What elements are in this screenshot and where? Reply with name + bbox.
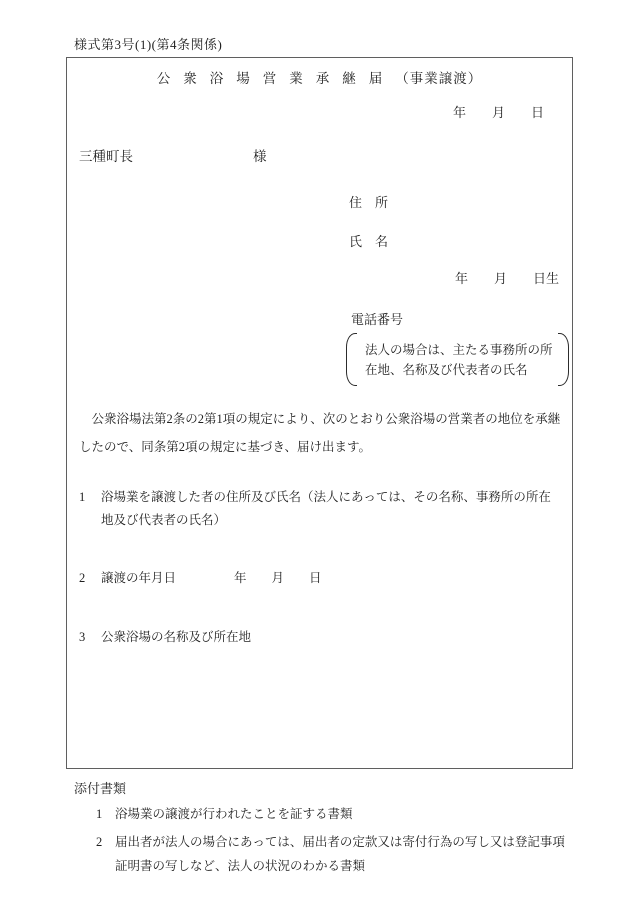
phone-field-label: 電話番号 [351, 309, 403, 328]
item-text: 届出者が法人の場合にあっては、届出者の定款又は寄付行為の写し又は登記事項証明書の… [115, 830, 577, 878]
item-number: 3 [79, 626, 101, 649]
name-field-label: 氏 名 [349, 231, 388, 250]
submission-date-field: 年 月 日 [453, 102, 544, 121]
body-paragraph: 公衆浴場法第2条の2第1項の規定により、次のとおり公衆浴場の営業者の地位を承継し… [79, 405, 570, 461]
attachments-heading: 添付書類 [74, 778, 126, 797]
item-text: 浴場業の譲渡が行われたことを証する書類 [115, 802, 353, 826]
corporate-note-line-1: 法人の場合は、主たる事務所の所 [365, 340, 553, 360]
form-title-main: 公衆浴場営業承継届 [157, 71, 396, 86]
item-number: 2 [79, 567, 101, 590]
form-border-box: 公衆浴場営業承継届（事業譲渡） 年 月 日 三種町長様 住 所 氏 名 年 月 … [66, 57, 573, 769]
attachment-item-1: 1 浴場業の譲渡が行われたことを証する書類 [96, 802, 353, 826]
corporate-note-line-2: 在地、名称及び代表者の氏名 [365, 360, 553, 380]
form-item-3: 3 公衆浴場の名称及び所在地 [79, 626, 251, 649]
corporate-note-text: 法人の場合は、主たる事務所の所 在地、名称及び代表者の氏名 [357, 333, 558, 386]
item-text: 譲渡の年月日 [101, 567, 176, 590]
left-bracket-icon [346, 333, 357, 386]
form-item-2: 2 譲渡の年月日 年 月 日 [79, 567, 322, 590]
birthdate-field: 年 月 日生 [455, 268, 559, 287]
transfer-date-field: 年 月 日 [234, 567, 322, 590]
attachment-item-2: 2 届出者が法人の場合にあっては、届出者の定款又は寄付行為の写し又は登記事項証明… [96, 830, 577, 878]
addressee-row: 三種町長様 [79, 145, 267, 165]
form-item-1: 1 浴場業を譲渡した者の住所及び氏名（法人にあっては、その名称、事務所の所在地及… [79, 486, 557, 532]
item-number: 2 [96, 830, 115, 854]
address-field-label: 住 所 [349, 192, 388, 211]
right-bracket-icon [558, 333, 569, 386]
corporate-note: 法人の場合は、主たる事務所の所 在地、名称及び代表者の氏名 [346, 333, 569, 386]
item-text: 公衆浴場の名称及び所在地 [101, 626, 251, 649]
form-title-suffix: （事業譲渡） [395, 71, 482, 86]
item-number: 1 [96, 802, 115, 826]
form-title: 公衆浴場営業承継届（事業譲渡） [67, 67, 572, 87]
document-page: 様式第3号(1)(第4条関係) 公衆浴場営業承継届（事業譲渡） 年 月 日 三種… [0, 0, 630, 903]
form-number-label: 様式第3号(1)(第4条関係) [74, 34, 222, 53]
item-text: 浴場業を譲渡した者の住所及び氏名（法人にあっては、その名称、事務所の所在地及び代… [101, 486, 557, 532]
addressee-label: 三種町長 [79, 149, 133, 164]
item-number: 1 [79, 486, 101, 509]
honorific-label: 様 [253, 149, 267, 164]
